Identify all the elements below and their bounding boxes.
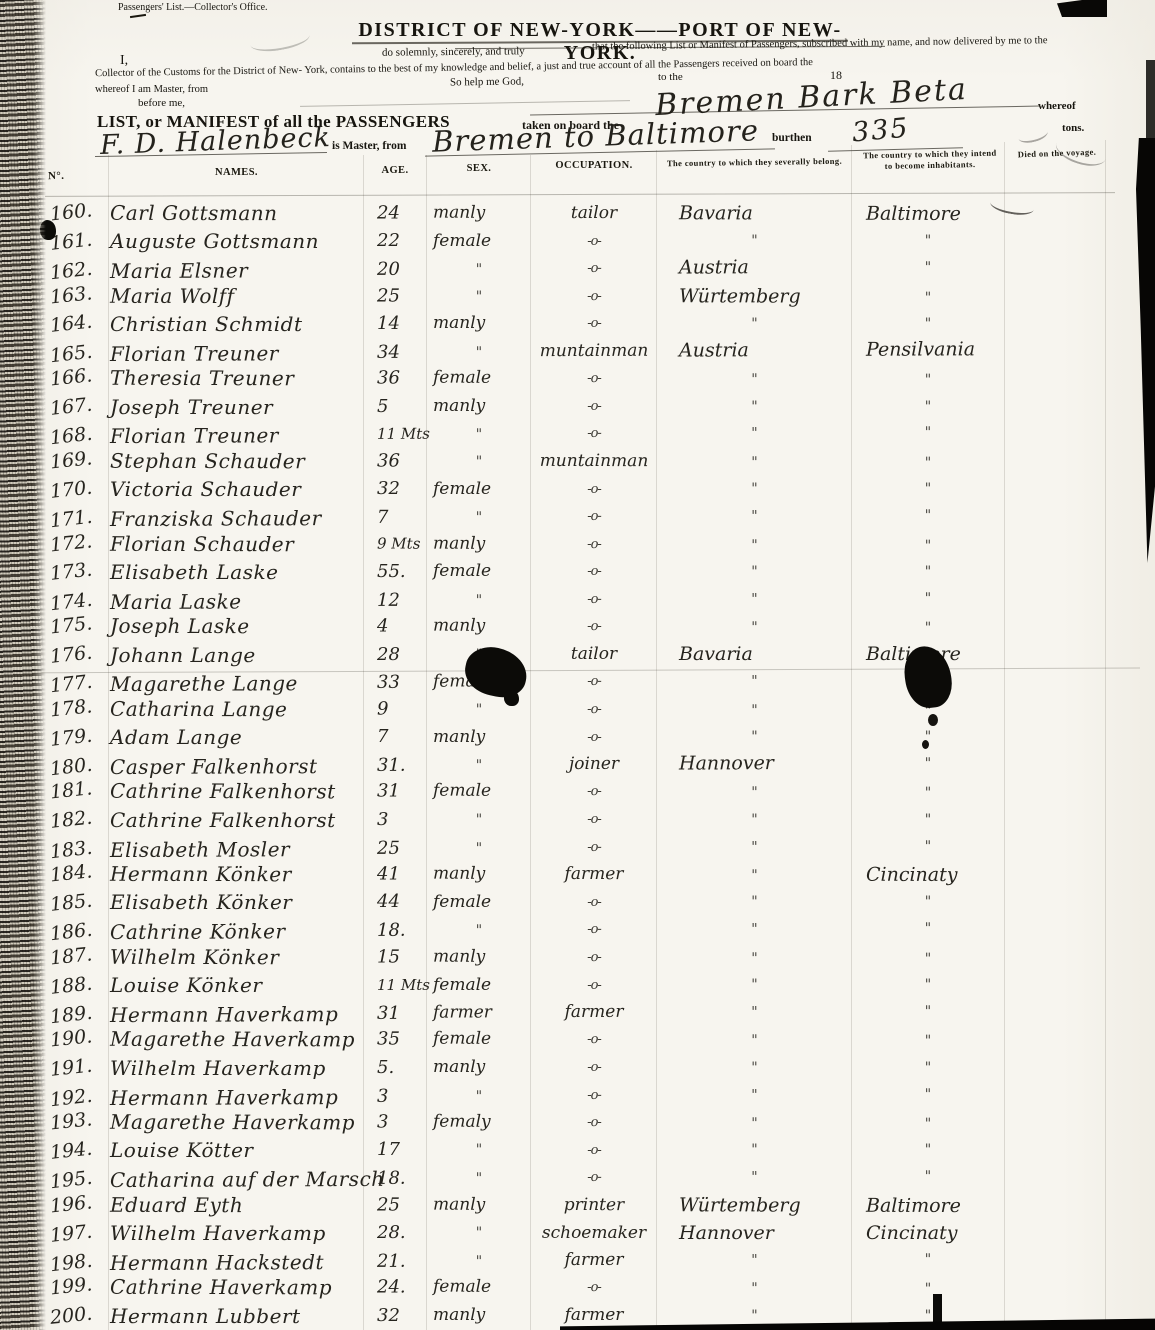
cell-occupation: -o-	[531, 317, 657, 330]
cell-sex: "	[427, 813, 531, 827]
cell-occupation: -o-	[531, 1116, 657, 1129]
cell-intend: "	[852, 591, 1004, 606]
cell-intend: "	[852, 756, 1004, 771]
cell-sex: "	[427, 1171, 531, 1185]
cell-belong: "	[657, 372, 852, 387]
cell-occupation: -o-	[531, 290, 657, 303]
cell-no: 187.	[45, 944, 111, 969]
table-row: 176.Johann Lange28"tailorBavariaBaltimor…	[46, 641, 1110, 669]
cell-belong: Hannover	[657, 1224, 852, 1243]
cell-age: 20	[363, 261, 427, 279]
cell-occupation: -o-	[531, 979, 657, 992]
table-row: 191.Wilhelm Haverkamp5.manly-o-""	[46, 1054, 1110, 1082]
table-row: 181.Cathrine Falkenhorst31female-o-""	[46, 777, 1110, 807]
left-fabric-edge	[0, 0, 46, 1330]
cell-name: Louise Könker	[110, 975, 363, 995]
table-row: 173.Elisabeth Laske55.female-o-""	[46, 558, 1110, 586]
burthen-label: burthen	[772, 132, 812, 144]
cell-name: Hermann Haverkamp	[110, 1004, 363, 1025]
cell-belong: "	[657, 813, 852, 827]
cell-sex: manly	[427, 315, 531, 332]
cell-intend: "	[852, 482, 1004, 496]
cell-occupation: -o-	[531, 1061, 657, 1074]
column-header-occupation: OCCUPATION.	[531, 160, 657, 171]
cell-occupation: farmer	[531, 1307, 657, 1324]
oath-to-the: to the	[658, 71, 683, 83]
tons-label: tons.	[1062, 122, 1084, 134]
cell-belong: "	[657, 785, 852, 800]
table-row: 186.Cathrine Könker18."-o-""	[46, 914, 1110, 946]
cell-age: 34	[363, 343, 427, 361]
cell-age: 9 Mts	[363, 536, 427, 551]
table-row: 198.Hermann Hackstedt21."farmer""	[46, 1244, 1110, 1276]
cell-belong: "	[657, 509, 852, 524]
cell-belong: "	[657, 1004, 852, 1019]
cell-age: 25	[363, 1196, 427, 1214]
cell-no: 176.	[45, 642, 111, 668]
cell-sex: manly	[427, 866, 531, 883]
cell-belong: "	[657, 1061, 852, 1075]
cell-no: 191.	[45, 1055, 111, 1081]
cell-occupation: muntainman	[531, 343, 657, 361]
table-row: 167.Joseph Treuner5manly-o-""	[46, 393, 1110, 421]
cell-name: Magarethe Haverkamp	[110, 1029, 363, 1050]
cell-no: 192.	[45, 1085, 111, 1111]
cell-belong: "	[657, 317, 852, 331]
cell-sex: manly	[427, 949, 531, 966]
table-row: 192.Hermann Haverkamp3"-o-""	[46, 1079, 1110, 1111]
cell-age: 12	[363, 591, 427, 609]
cell-sex: female	[427, 1031, 531, 1048]
cell-occupation: -o-	[531, 235, 657, 248]
cell-name: Franziska Schauder	[110, 508, 363, 529]
cell-name: Wilhelm Haverkamp	[110, 1058, 363, 1078]
cell-sex: manly	[427, 1197, 531, 1214]
cell-occupation: -o-	[531, 538, 657, 551]
cell-belong: Austria	[657, 258, 852, 278]
cell-name: Christian Schmidt	[110, 314, 363, 334]
cell-belong: "	[657, 482, 852, 496]
cell-belong: "	[657, 1087, 852, 1102]
cell-occupation: -o-	[531, 951, 657, 964]
cell-sex: manly	[427, 398, 531, 415]
cell-belong: "	[657, 538, 852, 553]
cell-name: Casper Falkenhorst	[110, 756, 363, 777]
cell-sex: "	[427, 345, 531, 359]
cell-belong: "	[657, 922, 852, 937]
cell-age: 28.	[363, 1224, 427, 1242]
cell-sex: femaly	[427, 1114, 531, 1131]
cell-no: 188.	[45, 972, 111, 998]
table-row: 189.Hermann Haverkamp31farmerfarmer""	[46, 997, 1110, 1029]
scribble-arrow-mark	[1017, 125, 1049, 146]
cell-belong: "	[657, 1309, 852, 1323]
cell-belong: Würtemberg	[657, 1196, 852, 1216]
cell-intend: "	[852, 1004, 1004, 1019]
cell-no: 166.	[45, 365, 111, 390]
cell-occupation: -o-	[531, 896, 657, 909]
cell-no: 196.	[45, 1191, 111, 1216]
cell-age: 9	[363, 700, 427, 718]
table-row: 168.Florian Treuner11 Mts"-o-""	[46, 418, 1110, 450]
cell-occupation: farmer	[531, 1004, 657, 1022]
oath-before-me: before me,	[138, 97, 185, 109]
cell-no: 186.	[45, 919, 111, 945]
table-row: 195.Catharina auf der Marsch18."-o-""	[46, 1162, 1110, 1194]
column-header-age: AGE.	[363, 165, 427, 176]
cell-occupation: -o-	[531, 923, 657, 937]
cell-intend: "	[852, 951, 1004, 965]
table-row: 178.Catharina Lange9"-o-""	[46, 694, 1110, 724]
table-row: 169.Stephan Schauder36"muntainman""	[46, 447, 1110, 477]
cell-sex: "	[427, 923, 531, 937]
cell-no: 194.	[45, 1138, 111, 1164]
cell-age: 31	[363, 1004, 427, 1022]
cell-age: 31	[363, 783, 427, 801]
cell-intend: "	[852, 260, 1004, 275]
cell-belong: "	[657, 565, 852, 579]
cell-belong: "	[657, 730, 852, 744]
cell-no: 160.	[45, 200, 111, 225]
cell-intend: "	[852, 1086, 1004, 1101]
cell-belong: "	[657, 839, 852, 854]
cell-age: 22	[363, 232, 427, 250]
cell-name: Cathrine Haverkamp	[110, 1277, 363, 1298]
pen-dash-mark	[130, 14, 146, 18]
cell-occupation: tailor	[531, 205, 657, 222]
cell-name: Hermann Hackstedt	[110, 1251, 363, 1272]
cell-sex: manly	[427, 1307, 531, 1324]
table-row: 194.Louise Kötter17"-o-""	[46, 1137, 1110, 1165]
cell-age: 36	[363, 369, 427, 387]
cell-sex: manly	[427, 535, 531, 552]
cell-no: 164.	[45, 311, 111, 337]
cell-name: Wilhelm Könker	[110, 946, 363, 967]
cell-no: 173.	[45, 559, 111, 585]
cell-occupation: -o-	[531, 510, 657, 524]
cell-name: Cathrine Könker	[110, 921, 363, 942]
table-row: 175.Joseph Laske4manly-o-""	[46, 612, 1110, 642]
cell-intend: "	[852, 234, 1004, 248]
cell-intend: "	[852, 1309, 1004, 1323]
cell-sex: manly	[427, 618, 531, 635]
cell-age: 28	[363, 646, 427, 664]
cell-no: 193.	[45, 1109, 111, 1134]
cell-age: 3	[363, 1087, 427, 1105]
cell-no: 185.	[45, 890, 111, 916]
cell-sex: "	[427, 1226, 531, 1240]
cell-no: 184.	[45, 861, 111, 886]
cell-sex: female	[427, 370, 531, 387]
cell-name: Victoria Schauder	[110, 479, 363, 499]
cell-intend: "	[852, 538, 1004, 552]
cell-no: 169.	[45, 448, 111, 473]
cell-no: 195.	[45, 1167, 111, 1193]
cell-no: 200.	[45, 1303, 111, 1329]
cell-sex: "	[427, 427, 531, 441]
cell-name: Stephan Schauder	[110, 450, 363, 471]
cell-name: Louise Kötter	[110, 1140, 363, 1160]
cell-intend: "	[852, 508, 1004, 523]
cell-sex: manly	[427, 205, 531, 222]
cell-occupation: schoemaker	[531, 1225, 657, 1242]
cell-name: Maria Wolff	[110, 285, 363, 306]
cell-belong: "	[657, 1252, 852, 1267]
cell-belong: "	[657, 400, 852, 414]
cell-sex: female	[427, 783, 531, 800]
cell-occupation: printer	[531, 1197, 657, 1214]
cell-sex: female	[427, 563, 531, 580]
cell-sex: female	[427, 977, 531, 994]
column-header-names: NAMES.	[110, 167, 363, 178]
cell-name: Elisabeth Mosler	[110, 838, 363, 859]
scribble-header-left	[249, 25, 312, 55]
cell-no: 171.	[45, 506, 111, 532]
cell-sex: "	[427, 841, 531, 855]
cell-no: 162.	[45, 258, 111, 284]
cell-intend: "	[852, 1034, 1004, 1048]
cell-intend: Baltimore	[852, 205, 1004, 224]
cell-sex: "	[427, 1088, 531, 1102]
table-row: 182.Cathrine Falkenhorst3"-o-""	[46, 806, 1110, 834]
table-row: 184.Hermann Könker41manlyfarmer"Cincinat…	[46, 860, 1110, 890]
table-row: 162.Maria Elsner20"-o-Austria"	[46, 253, 1110, 285]
table-row: 165.Florian Treuner34"muntainmanAustriaP…	[46, 335, 1110, 367]
column-header-no: N°.	[48, 170, 65, 183]
cell-intend: "	[852, 1169, 1004, 1184]
cell-age: 44	[363, 893, 427, 911]
cell-belong: Bavaria	[657, 645, 852, 664]
cell-occupation: -o-	[531, 840, 657, 854]
cell-sex: manly	[427, 729, 531, 746]
cell-intend: "	[852, 978, 1004, 992]
cell-age: 33	[363, 674, 427, 692]
right-scan-edge	[1136, 138, 1155, 563]
cell-name: Theresia Treuner	[110, 368, 363, 389]
cell-name: Florian Schauder	[110, 533, 363, 554]
cell-belong: "	[657, 234, 852, 248]
column-header-sex: SEX.	[427, 163, 531, 174]
cell-name: Elisabeth Könker	[110, 892, 363, 912]
cell-age: 18.	[363, 1170, 427, 1188]
cell-intend: "	[852, 455, 1004, 469]
cell-sex: "	[427, 262, 531, 276]
cell-age: 21.	[363, 1252, 427, 1270]
table-row: 185.Elisabeth Könker44female-o-""	[46, 889, 1110, 917]
right-scan-edge-sliver	[1146, 60, 1155, 140]
cell-intend: "	[852, 1117, 1004, 1131]
cell-name: Florian Treuner	[110, 425, 363, 446]
cell-name: Hermann Lubbert	[110, 1306, 363, 1326]
cell-no: 199.	[45, 1274, 111, 1299]
passenger-rows: 160.Carl Gottsmann24manlytailorBavariaBa…	[46, 200, 1110, 1329]
cell-name: Adam Lange	[110, 727, 363, 747]
table-row: 163.Maria Wolff25"-o-Würtemberg"	[46, 281, 1110, 311]
cell-belong: "	[657, 951, 852, 966]
cell-age: 5	[363, 398, 427, 416]
cell-intend: "	[852, 786, 1004, 800]
cell-age: 3	[363, 811, 427, 829]
table-row: 164.Christian Schmidt14manly-o-""	[46, 310, 1110, 338]
cell-occupation: -o-	[531, 483, 657, 496]
cell-occupation: -o-	[531, 1171, 657, 1185]
ink-speck-1	[928, 714, 938, 726]
burthen-value-handwritten: 335	[851, 113, 911, 149]
cell-age: 55.	[363, 563, 427, 581]
cell-name: Magarethe Lange	[110, 673, 363, 694]
cell-name: Eduard Eyth	[110, 1194, 363, 1215]
cell-sex: "	[427, 289, 531, 303]
cell-belong: Hannover	[657, 754, 852, 774]
scanned-passenger-manifest: { "page": {"width": 1155, "height": 1330…	[0, 0, 1155, 1330]
cell-no: 179.	[45, 724, 111, 750]
oath-whereof-master: whereof I am Master, from	[95, 84, 208, 95]
cell-name: Magarethe Haverkamp	[110, 1112, 363, 1133]
cell-no: 175.	[45, 613, 111, 638]
cell-occupation: -o-	[531, 400, 657, 413]
cell-no: 183.	[45, 837, 111, 863]
office-note: Passengers' List.—Collector's Office.	[118, 2, 268, 13]
cell-no: 190.	[45, 1026, 111, 1051]
cell-occupation: -o-	[531, 786, 657, 799]
cell-name: Joseph Treuner	[110, 397, 363, 417]
cell-intend: "	[852, 921, 1004, 936]
cell-age: 25	[363, 839, 427, 857]
cell-intend: "	[852, 1143, 1004, 1157]
cell-intend: Pensilvania	[852, 340, 1004, 360]
table-row: 190.Magarethe Haverkamp35female-o-""	[46, 1025, 1110, 1055]
cell-sex: "	[427, 510, 531, 524]
cell-intend: "	[852, 813, 1004, 827]
cell-intend: "	[852, 895, 1004, 909]
cell-intend: "	[852, 1061, 1004, 1075]
cell-age: 25	[363, 287, 427, 305]
cell-sex: female	[427, 481, 531, 498]
cell-belong: "	[657, 978, 852, 992]
oath-i: I,	[120, 53, 128, 69]
cell-name: Johann Lange	[110, 645, 363, 665]
table-row: 171.Franziska Schauder7"-o-""	[46, 501, 1110, 533]
table-row: 174.Maria Laske12"-o-""	[46, 583, 1110, 615]
cell-age: 18.	[363, 922, 427, 940]
cell-sex: "	[427, 593, 531, 607]
cell-intend: "	[852, 317, 1004, 331]
blank-line-before-vessel	[300, 100, 630, 107]
table-row: 187.Wilhelm Könker15manly-o-""	[46, 942, 1110, 972]
table-row: 166.Theresia Treuner36female-o-""	[46, 364, 1110, 394]
cell-age: 7	[363, 508, 427, 526]
cell-no: 178.	[45, 696, 111, 721]
header-bottom-rule	[45, 192, 1115, 197]
cell-intend: "	[852, 1252, 1004, 1267]
scribble-top-right	[1052, 131, 1109, 172]
table-row: 197.Wilhelm Haverkamp28."schoemakerHanno…	[46, 1219, 1110, 1247]
cell-occupation: farmer	[531, 1252, 657, 1270]
cell-name: Joseph Laske	[110, 616, 363, 637]
cell-occupation: -o-	[531, 427, 657, 441]
cell-occupation: -o-	[531, 813, 657, 826]
cell-intend: Cincinaty	[852, 866, 1004, 885]
cell-age: 15	[363, 948, 427, 966]
table-row: 180.Casper Falkenhorst31."joinerHannover…	[46, 749, 1110, 781]
table-row: 172.Florian Schauder9 Mtsmanly-o-""	[46, 529, 1110, 559]
cell-belong: Würtemberg	[657, 287, 852, 307]
ink-blot-sex-tail	[504, 690, 519, 706]
cell-intend: "	[852, 290, 1004, 304]
cell-no: 168.	[45, 423, 111, 449]
cell-occupation: -o-	[531, 703, 657, 716]
cell-occupation: -o-	[531, 262, 657, 276]
cell-intend: "	[852, 838, 1004, 853]
table-row: 160.Carl Gottsmann24manlytailorBavariaBa…	[46, 199, 1110, 229]
cell-age: 17	[363, 1141, 427, 1159]
cell-sex: female	[427, 233, 531, 250]
cell-intend: "	[852, 1282, 1004, 1296]
cell-belong: "	[657, 1033, 852, 1048]
cell-age: 35	[363, 1031, 427, 1049]
cell-sex: female	[427, 894, 531, 911]
document-page: Passengers' List.—Collector's Office. DI…	[0, 0, 1155, 1330]
cell-belong: "	[657, 1170, 852, 1185]
oath-so-help: So help me God,	[450, 75, 524, 88]
cell-age: 24	[363, 204, 427, 222]
cell-intend: "	[852, 565, 1004, 579]
cell-age: 5.	[363, 1059, 427, 1077]
cell-no: 167.	[45, 394, 111, 420]
cell-name: Elisabeth Laske	[110, 562, 363, 582]
cell-age: 11 Mts	[363, 427, 427, 442]
cell-intend: "	[852, 373, 1004, 387]
table-row: 188.Louise Könker11 Mtsfemale-o-""	[46, 971, 1110, 999]
cell-age: 32	[363, 480, 427, 498]
table-row: 183.Elisabeth Mosler25"-o-""	[46, 831, 1110, 863]
cell-intend: Cincinaty	[852, 1224, 1004, 1243]
cell-belong: "	[657, 674, 852, 689]
cell-age: 3	[363, 1113, 427, 1131]
cell-occupation: tailor	[531, 646, 657, 663]
cell-belong: "	[657, 591, 852, 606]
cell-name: Auguste Gottsmann	[110, 231, 363, 251]
cell-belong: "	[657, 1281, 852, 1296]
cell-age: 24.	[363, 1279, 427, 1297]
cell-intend: "	[852, 621, 1004, 635]
cell-name: Maria Laske	[110, 590, 363, 611]
cell-occupation: muntainman	[531, 453, 657, 470]
cell-sex: female	[427, 1279, 531, 1296]
cell-age: 36	[363, 452, 427, 470]
cell-occupation: -o-	[531, 620, 657, 633]
ink-speck-2	[922, 740, 929, 749]
cell-sex: "	[427, 758, 531, 772]
cell-name: Cathrine Falkenhorst	[110, 810, 363, 830]
cell-name: Maria Elsner	[110, 260, 363, 281]
cell-belong: "	[657, 620, 852, 635]
cell-name: Catharina Lange	[110, 698, 363, 719]
table-row: 161.Auguste Gottsmann22female-o-""	[46, 228, 1110, 256]
cell-no: 170.	[45, 476, 111, 502]
cell-belong: "	[657, 703, 852, 718]
cell-belong: Bavaria	[657, 204, 852, 224]
cell-name: Wilhelm Haverkamp	[110, 1223, 363, 1243]
cell-no: 177.	[45, 671, 111, 697]
cell-name: Carl Gottsmann	[110, 203, 363, 224]
cell-age: 7	[363, 728, 427, 746]
cell-belong: "	[657, 868, 852, 883]
cell-occupation: -o-	[531, 1281, 657, 1294]
cell-occupation: -o-	[531, 372, 657, 385]
is-master-from-label: is Master, from	[332, 140, 406, 152]
cell-no: 172.	[45, 530, 111, 555]
